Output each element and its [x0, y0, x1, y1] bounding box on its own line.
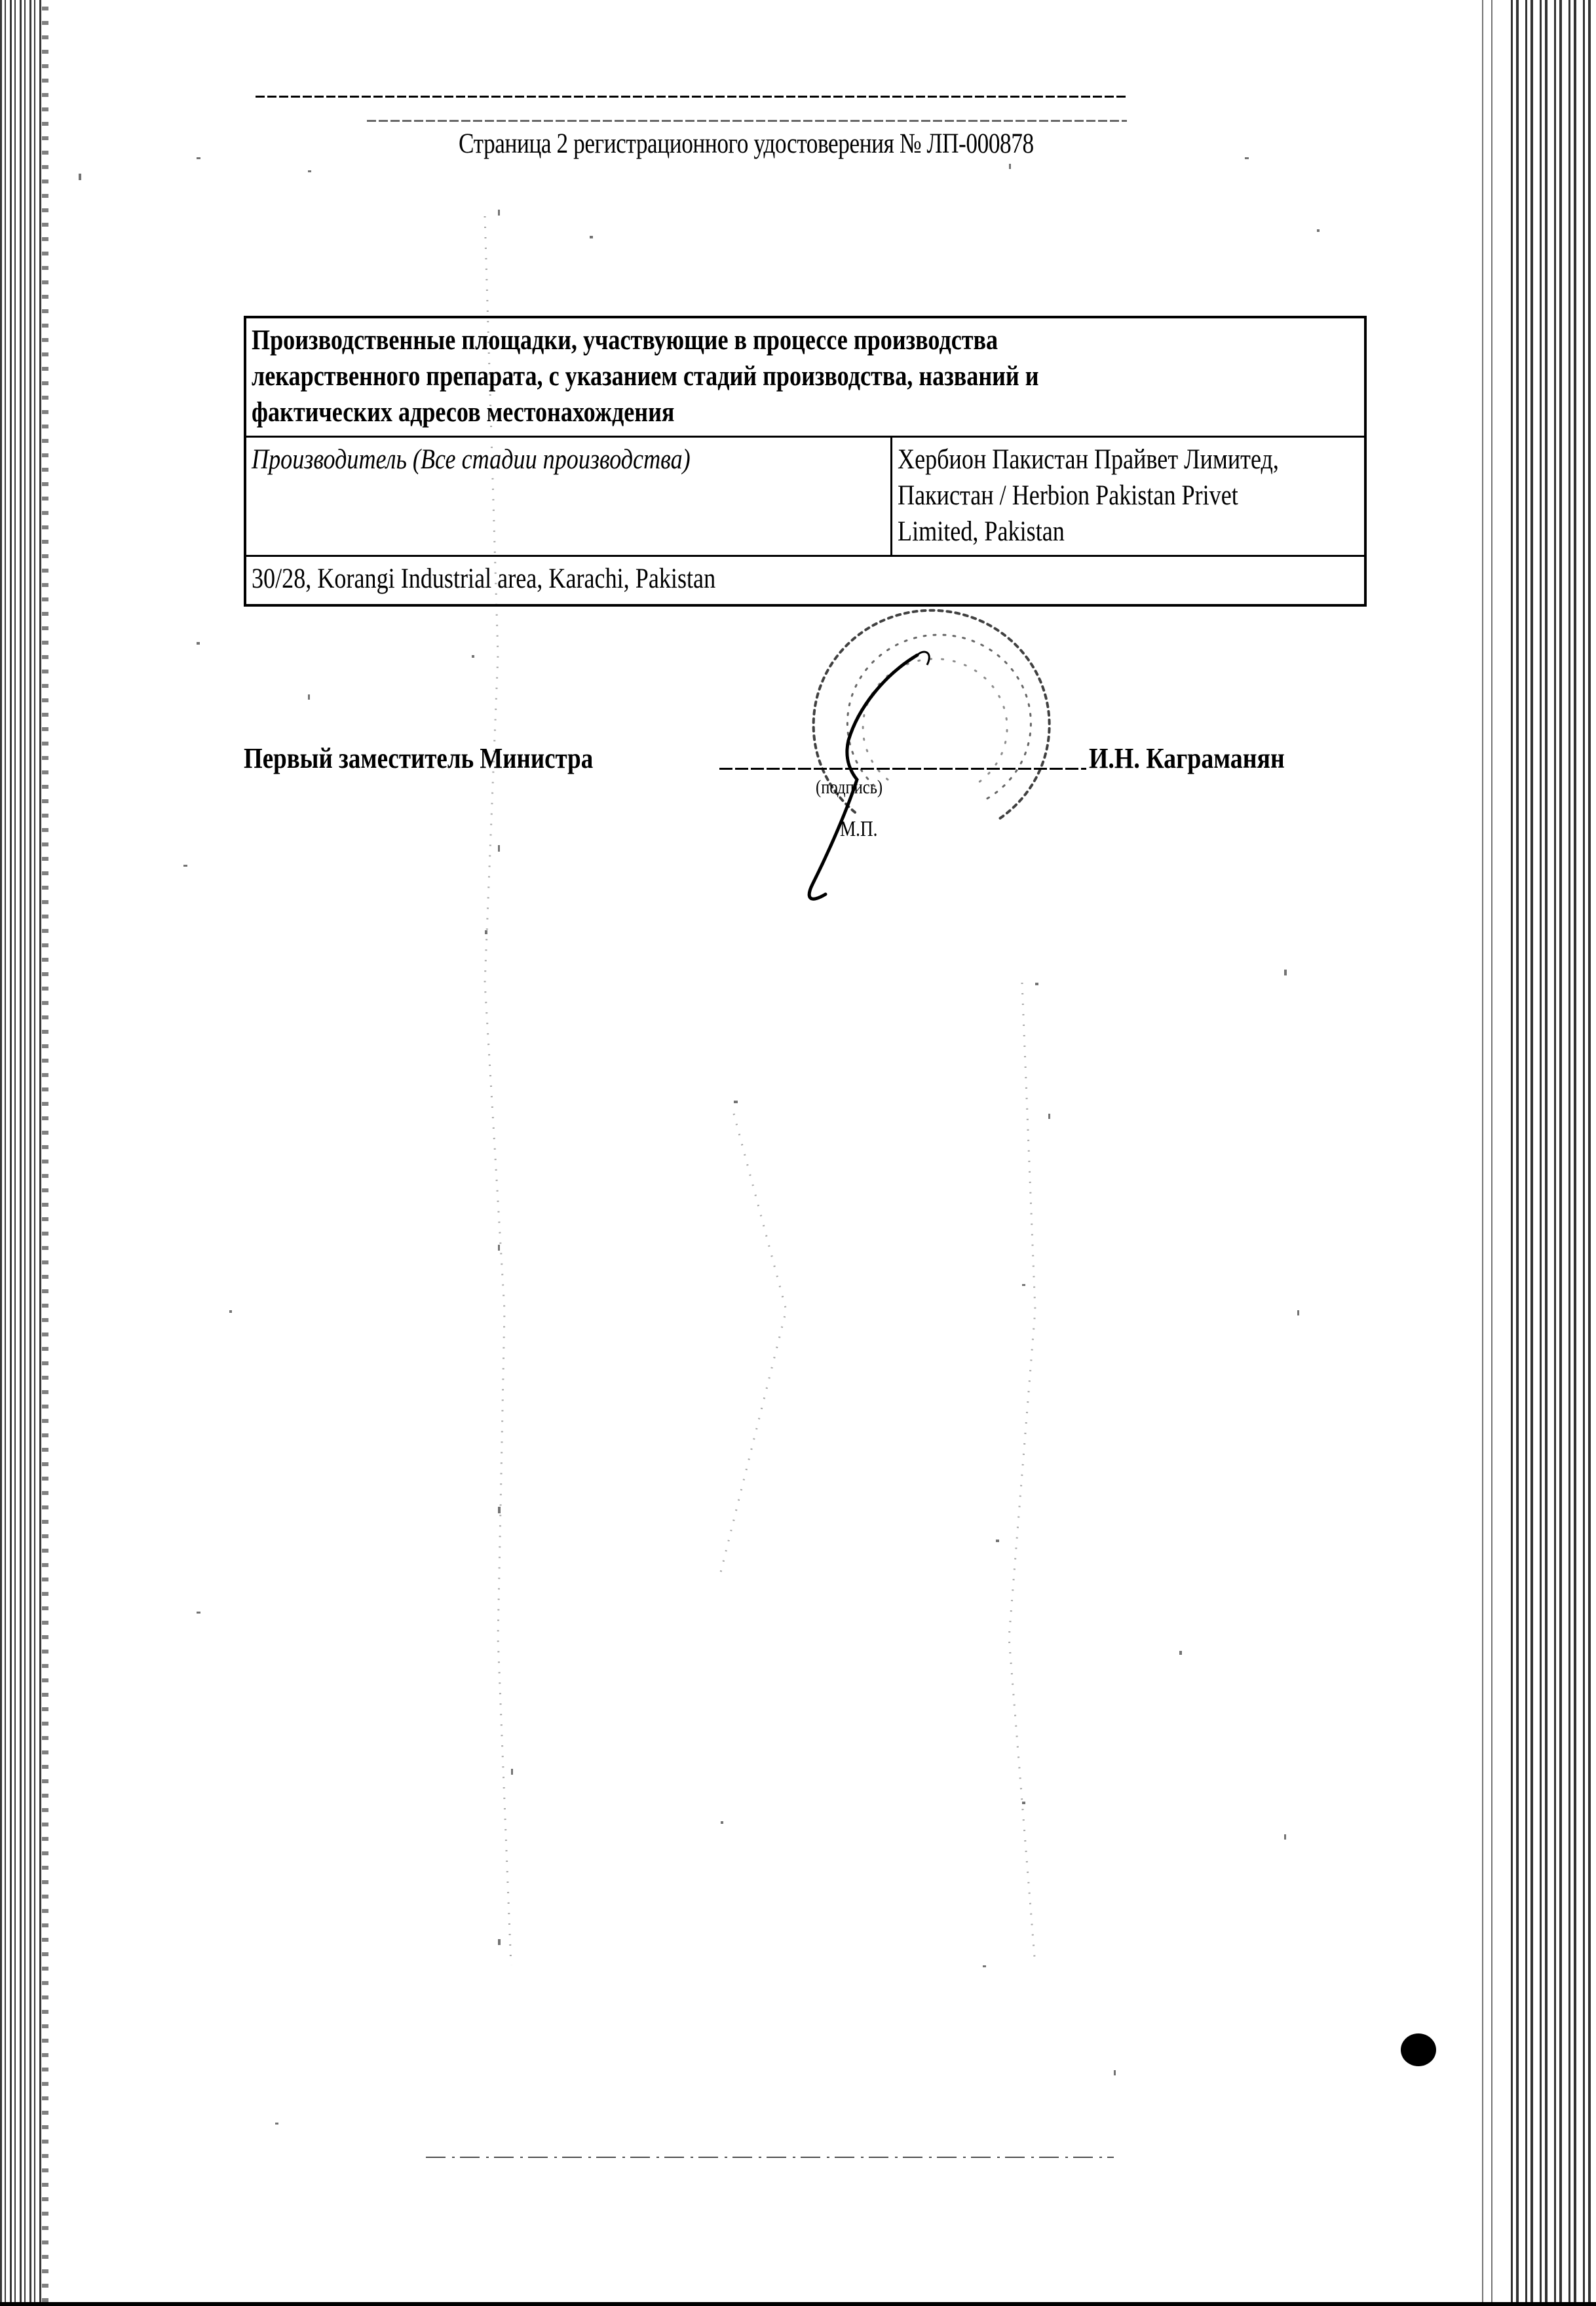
signatory-name: И.Н. Каграманян [1089, 742, 1285, 775]
header-rule-bottom [367, 120, 1127, 122]
page-header: Страница 2 регистрационного удостоверени… [459, 128, 1082, 160]
table-heading-line: лекарственного препарата, с указанием ст… [252, 358, 1039, 394]
company-line: Limited, Pakistan [898, 514, 1279, 550]
footer-rule [426, 2157, 1114, 2158]
site-address: 30/28, Korangi Industrial area, Karachi,… [252, 561, 715, 597]
manufacturer-company-cell: Хербион Пакистан Прайвет Лимитед, Пакист… [892, 437, 1366, 556]
header-rule-top [256, 96, 1127, 98]
table-heading-row: Производственные площадки, участвующие в… [245, 317, 1365, 437]
scan-edge-right-faint [1468, 0, 1507, 2302]
manufacturer-role: Производитель (Все стадии производства) [252, 442, 691, 478]
manufacturing-sites-table: Производственные площадки, участвующие в… [244, 316, 1367, 607]
signatory-title: Первый заместитель Министра [244, 742, 593, 775]
signature-caption: (подпись) [816, 776, 883, 799]
scan-edge-left-faint [42, 0, 48, 2302]
seal-caption: М.П. [840, 817, 877, 842]
table-row: Производитель (Все стадии производства) … [245, 437, 1365, 556]
table-heading-line: Производственные площадки, участвующие в… [252, 322, 1039, 358]
scan-edge-right [1507, 0, 1596, 2302]
signature-line [719, 768, 1086, 770]
table-heading-line: фактических адресов местонахождения [252, 394, 1039, 430]
manufacturer-role-cell: Производитель (Все стадии производства) [245, 437, 892, 556]
punch-hole-dot-icon [1401, 2033, 1436, 2066]
company-line: Хербион Пакистан Прайвет Лимитед, [898, 442, 1279, 478]
scan-edge-left [0, 0, 42, 2302]
table-heading-cell: Производственные площадки, участвующие в… [245, 317, 1365, 437]
scan-bottom-bar [0, 2302, 1596, 2306]
company-line: Пакистан / Herbion Pakistan Privet [898, 478, 1279, 514]
handwritten-signature-icon [786, 629, 957, 904]
